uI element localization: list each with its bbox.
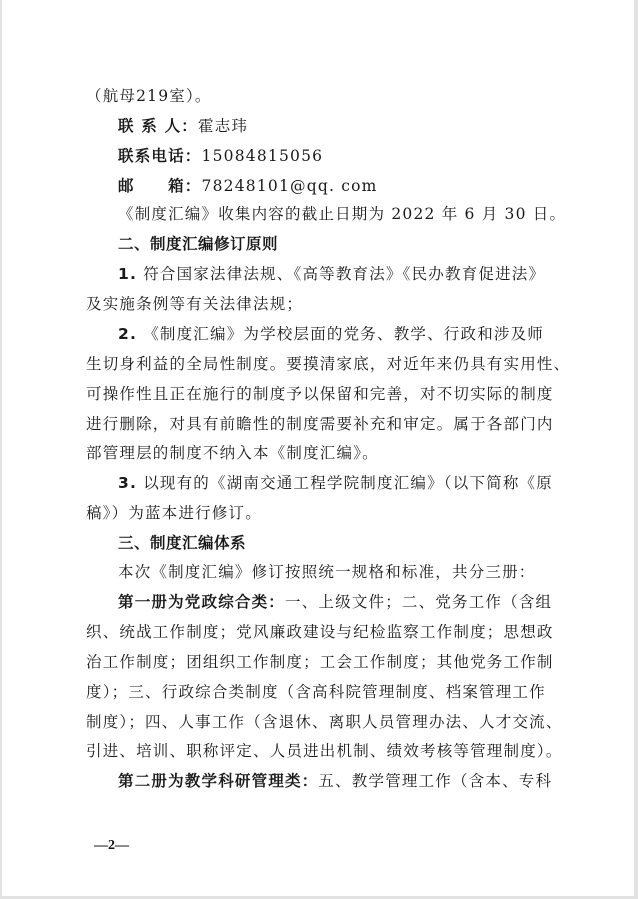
text-line: 本次《制度汇编》修订按照统一规格和标准，共分三册： — [118, 560, 588, 584]
value: 霍志玮 — [198, 117, 248, 135]
value: 以现有的《湖南交通工程学院制度汇编》（以下简称《原 — [137, 474, 553, 492]
label: 邮 箱： — [118, 177, 202, 195]
document-page: （航母219室）。 联 系 人：霍志玮 联系电话：15084815056 邮 箱… — [2, 0, 634, 896]
text-line: 进行删除，对具有前瞻性的制度需要补充和审定。属于各部门内 — [86, 412, 556, 436]
text-line: 生切身利益的全局性制度。要摸清家底，对近年来仍具有实用性、 — [86, 352, 556, 376]
email-line: 邮 箱：78248101@qq. com — [118, 174, 588, 198]
item-number: 2. — [118, 325, 137, 343]
value: 15084815056 — [202, 147, 324, 165]
section-heading: 二、制度汇编修订原则 — [118, 232, 588, 256]
label: 联系电话： — [118, 147, 202, 165]
label: 联 系 人： — [118, 117, 198, 135]
value: 《制度汇编》为学校层面的党务、教学、行政和涉及师 — [137, 325, 544, 343]
text-line: 制度）；四、人事工作（含退休、离职人员管理办法、人才交流、 — [86, 710, 556, 734]
text-line: 引进、培训、职称评定、人员进出机制、绩效考核等管理制度）。 — [86, 739, 556, 763]
value: 一、上级文件；二、党务工作（含组 — [285, 593, 552, 611]
text-line: 第一册为党政综合类：一、上级文件；二、党务工作（含组 — [118, 590, 588, 614]
text-line: 第二册为教学科研管理类：五、教学管理工作（含本、专科 — [118, 769, 588, 793]
text-line: 稿》）为蓝本进行修订。 — [86, 501, 556, 525]
text-line: 部管理层的制度不纳入本《制度汇编》。 — [86, 441, 556, 465]
text-line: 1. 符合国家法律法规、《高等教育法》《民办教育促进法》 — [118, 262, 588, 286]
value: 五、教学管理工作（含本、专科 — [318, 772, 552, 790]
text-line: （航母219室）。 — [86, 84, 556, 108]
section-heading: 三、制度汇编体系 — [118, 531, 588, 555]
text-line: 治工作制度；团组织工作制度；工会工作制度；其他党务工作制 — [86, 650, 556, 674]
value: 符合国家法律法规、《高等教育法》《民办教育促进法》 — [137, 265, 545, 283]
label: 第二册为教学科研管理类： — [118, 772, 318, 790]
text-line: 可操作性且正在施行的制度予以保留和完善，对不切实际的制度 — [86, 382, 556, 406]
text-line: 2. 《制度汇编》为学校层面的党务、教学、行政和涉及师 — [118, 322, 588, 346]
text-line: 度）；三、行政综合类制度（含高科院管理制度、档案管理工作 — [86, 680, 556, 704]
label: 第一册为党政综合类： — [118, 593, 285, 611]
item-number: 1. — [118, 265, 137, 283]
item-number: 3. — [118, 474, 137, 492]
contact-phone-line: 联系电话：15084815056 — [118, 144, 588, 168]
page-number: —2— — [94, 838, 129, 854]
text-line: 3. 以现有的《湖南交通工程学院制度汇编》（以下简称《原 — [118, 471, 588, 495]
text-line: 织、统战工作制度；党风廉政建设与纪检监察工作制度；思想政 — [86, 620, 556, 644]
text-line: 及实施条例等有关法律法规； — [86, 292, 556, 316]
contact-person-line: 联 系 人：霍志玮 — [118, 114, 588, 138]
text-line: 《制度汇编》收集内容的截止日期为 2022 年 6 月 30 日。 — [118, 202, 588, 226]
value: 78248101@qq. com — [202, 177, 378, 195]
